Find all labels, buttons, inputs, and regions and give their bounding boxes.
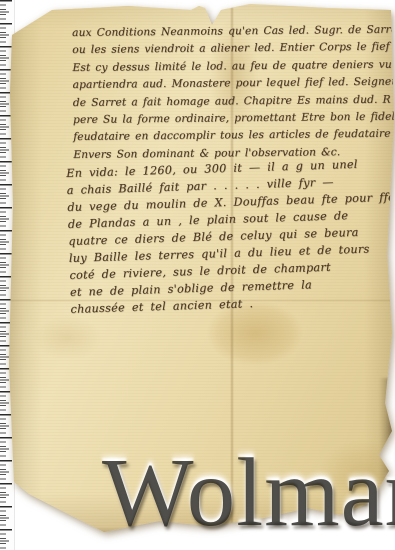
handwritten-paragraph-2: En vida: le 1260, ou 300 it — il a g un … xyxy=(66,155,395,318)
wolmar-watermark-text: Wolmar xyxy=(102,444,395,541)
manuscript-photo: aux Conditions Neanmoins qu'en Cas led. … xyxy=(0,0,395,550)
handwritten-paragraph-1: aux Conditions Neanmoins qu'en Cas led. … xyxy=(72,21,395,164)
manuscript-line: feudataire en daccomplir tous les articl… xyxy=(73,126,395,147)
